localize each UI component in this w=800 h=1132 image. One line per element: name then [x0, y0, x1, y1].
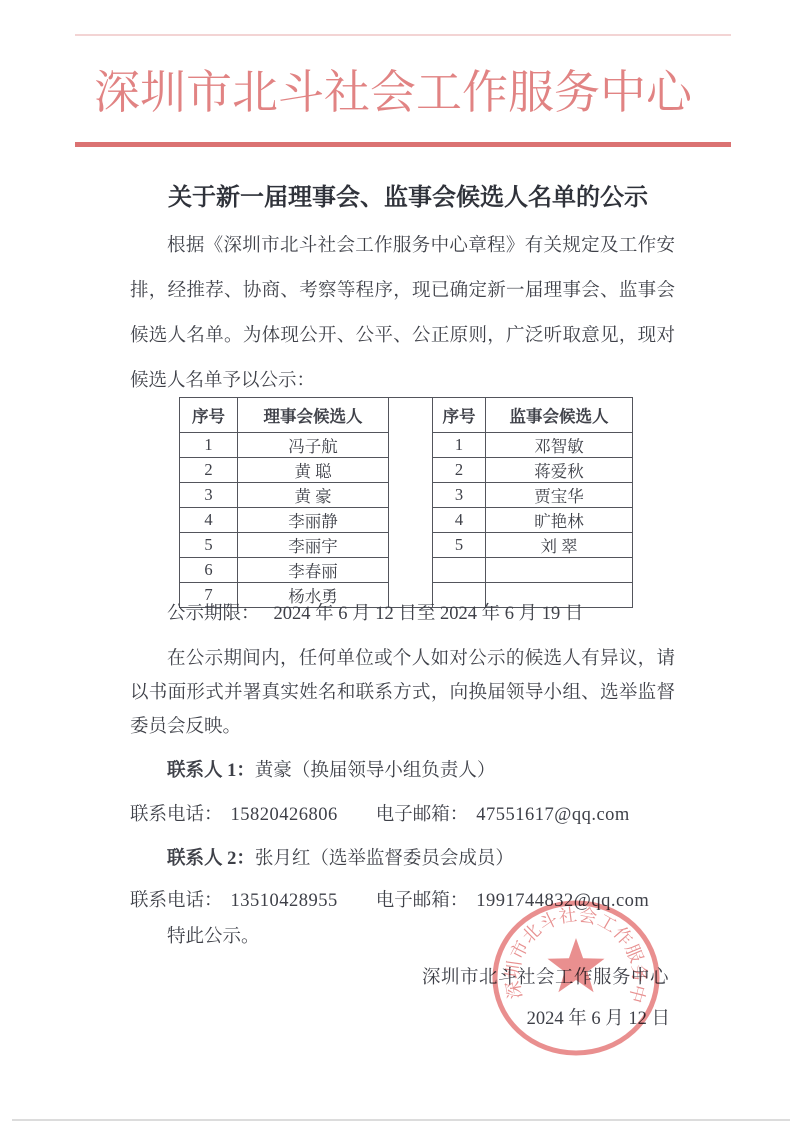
contact-1-phone: 15820426806	[231, 805, 338, 825]
document-title: 关于新一届理事会、监事会候选人名单的公示	[16, 177, 800, 212]
objection-paragraph: 在公示期间内，任何单位或个人如对公示的候选人有异议，请以书面形式并署真实姓名和联…	[130, 642, 675, 744]
contact-2-name-role: 张月红（选举监督委员会成员）	[255, 849, 514, 869]
contact-1-line: 联系人 1：黄豪（换届领导小组负责人）	[130, 756, 727, 782]
council-candidates-header: 理事会候选人	[238, 398, 389, 433]
supervisory-name-cell	[486, 558, 633, 583]
supervisory-seq-cell: 5	[433, 533, 486, 558]
contact-1-label: 联系人 1：	[167, 761, 255, 781]
council-name-cell: 李丽静	[238, 508, 389, 533]
notice-period-value: 2024 年 6 月 12 日至 2024 年 6 月 19 日	[274, 604, 584, 624]
intro-paragraph: 根据《深圳市北斗社会工作服务中心章程》有关规定及工作安排，经推荐、协商、考察等程…	[130, 224, 675, 404]
contact-1-email: 47551617@qq.com	[476, 805, 630, 825]
council-seq-cell: 4	[180, 508, 238, 533]
supervisory-seq-header: 序号	[433, 398, 486, 433]
supervisory-seq-cell: 1	[433, 433, 486, 458]
letterhead-rule-bottom	[75, 142, 731, 147]
letterhead-rule-top	[75, 34, 731, 36]
scan-artifact-line	[12, 1119, 790, 1121]
seal-star-icon	[548, 938, 605, 992]
council-seq-cell: 2	[180, 458, 238, 483]
contact-2-phone-label: 联系电话：	[130, 891, 223, 911]
table-gap-cell	[389, 398, 433, 608]
supervisory-candidates-header: 监事会候选人	[486, 398, 633, 433]
letterhead-org-title: 深圳市北斗社会工作服务中心	[0, 56, 786, 122]
council-seq-cell: 5	[180, 533, 238, 558]
notice-period-line: 公示期限：2024 年 6 月 12 日至 2024 年 6 月 19 日	[167, 599, 583, 625]
council-seq-cell: 3	[180, 483, 238, 508]
supervisory-name-cell: 刘 翠	[486, 533, 633, 558]
supervisory-seq-cell: 2	[433, 458, 486, 483]
council-name-cell: 李春丽	[238, 558, 389, 583]
notice-period-label: 公示期限：	[167, 604, 260, 624]
contact-1-info-line: 联系电话：15820426806电子邮箱：47551617@qq.com	[130, 800, 690, 826]
document-page: 深圳市北斗社会工作服务中心 关于新一届理事会、监事会候选人名单的公示 根据《深圳…	[0, 0, 800, 1132]
council-seq-header: 序号	[180, 398, 238, 433]
supervisory-name-cell: 邓智敏	[486, 433, 633, 458]
table-header-row: 序号理事会候选人序号监事会候选人	[180, 398, 633, 433]
contact-1-phone-label: 联系电话：	[130, 805, 223, 825]
supervisory-seq-cell: 3	[433, 483, 486, 508]
supervisory-name-cell: 贾宝华	[486, 483, 633, 508]
council-seq-cell: 1	[180, 433, 238, 458]
seal-text-curved: 深圳市北斗社会工作服务中心	[488, 896, 649, 1006]
contact-2-line: 联系人 2：张月红（选举监督委员会成员）	[130, 844, 727, 870]
official-seal: 深圳市北斗社会工作服务中心	[488, 896, 664, 1060]
candidates-table: 序号理事会候选人序号监事会候选人1冯子航1邓智敏2黄 聪2蒋爱秋3黄 豪3贾宝华…	[179, 397, 633, 608]
supervisory-name-cell: 蒋爱秋	[486, 458, 633, 483]
contact-1-name-role: 黄豪（换届领导小组负责人）	[255, 761, 496, 781]
supervisory-seq-cell	[433, 558, 486, 583]
council-name-cell: 冯子航	[238, 433, 389, 458]
council-name-cell: 黄 豪	[238, 483, 389, 508]
seal-text: 深圳市北斗社会工作服务中心	[488, 896, 649, 1006]
candidates-table-body: 序号理事会候选人序号监事会候选人1冯子航1邓智敏2黄 聪2蒋爱秋3黄 豪3贾宝华…	[180, 398, 633, 608]
contact-2-label: 联系人 2：	[167, 849, 255, 869]
supervisory-seq-cell: 4	[433, 508, 486, 533]
contact-2-email-label: 电子邮箱：	[376, 891, 469, 911]
contact-1-email-label: 电子邮箱：	[376, 805, 469, 825]
contact-2-phone: 13510428955	[231, 891, 338, 911]
supervisory-name-cell: 旷艳林	[486, 508, 633, 533]
council-name-cell: 李丽宇	[238, 533, 389, 558]
council-seq-cell: 6	[180, 558, 238, 583]
council-name-cell: 黄 聪	[238, 458, 389, 483]
